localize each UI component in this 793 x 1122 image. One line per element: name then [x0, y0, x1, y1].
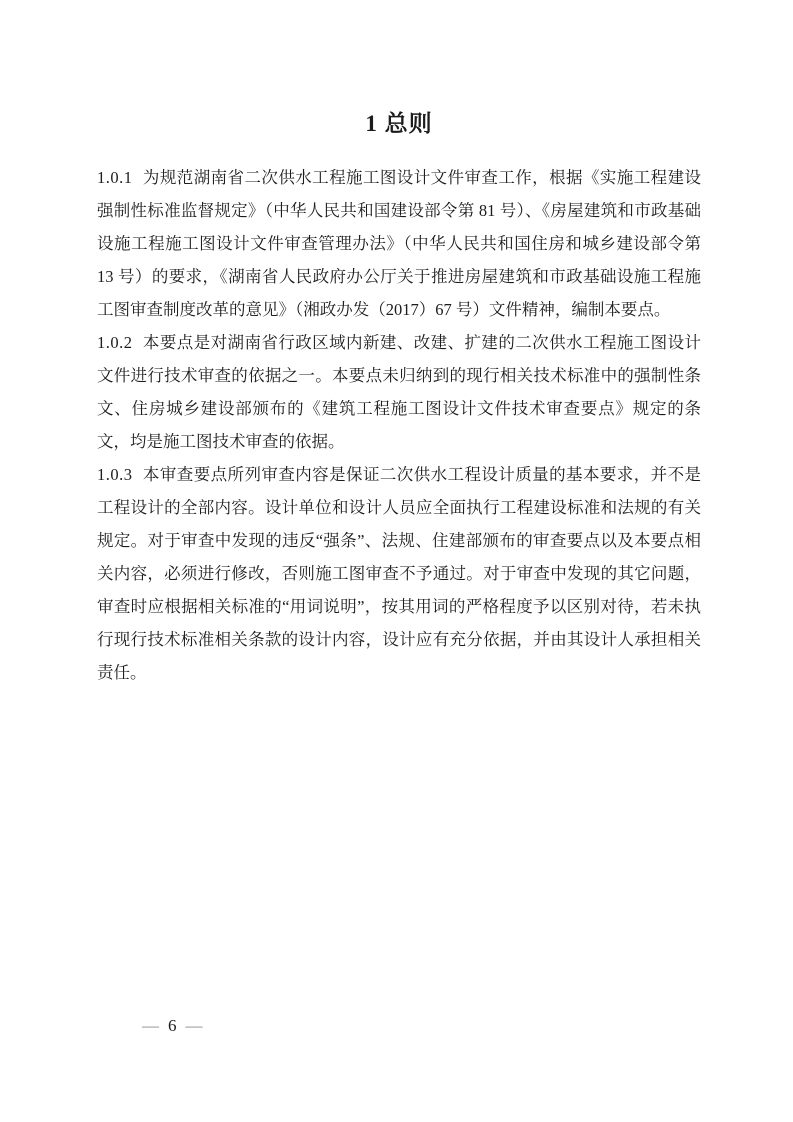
- clause-1-0-1: 1.0.1为规范湖南省二次供水工程施工图设计文件审查工作，根据《实施工程建设强制…: [97, 161, 701, 326]
- clause-1-0-3: 1.0.3本审查要点所列审查内容是保证二次供水工程设计质量的基本要求，并不是工程…: [97, 458, 701, 689]
- section-title: 1 总则: [97, 108, 701, 139]
- clause-number: 1.0.2: [97, 333, 133, 352]
- page-number: 6: [168, 1012, 177, 1040]
- clause-text: 本审查要点所列审查内容是保证二次供水工程设计质量的基本要求，并不是工程设计的全部…: [97, 465, 701, 682]
- clause-number: 1.0.3: [97, 465, 133, 484]
- footer-dash-left: —: [142, 1012, 159, 1040]
- page-footer: — 6 —: [142, 1012, 203, 1040]
- footer-dash-right: —: [186, 1012, 203, 1040]
- clause-text: 本要点是对湖南省行政区域内新建、改建、扩建的二次供水工程施工图设计文件进行技术审…: [97, 333, 701, 451]
- document-body: 1.0.1为规范湖南省二次供水工程施工图设计文件审查工作，根据《实施工程建设强制…: [97, 161, 701, 689]
- clause-text: 为规范湖南省二次供水工程施工图设计文件审查工作，根据《实施工程建设强制性标准监督…: [97, 168, 701, 319]
- document-page: 1 总则 1.0.1为规范湖南省二次供水工程施工图设计文件审查工作，根据《实施工…: [0, 0, 793, 1122]
- clause-number: 1.0.1: [97, 168, 133, 187]
- clause-1-0-2: 1.0.2本要点是对湖南省行政区域内新建、改建、扩建的二次供水工程施工图设计文件…: [97, 326, 701, 458]
